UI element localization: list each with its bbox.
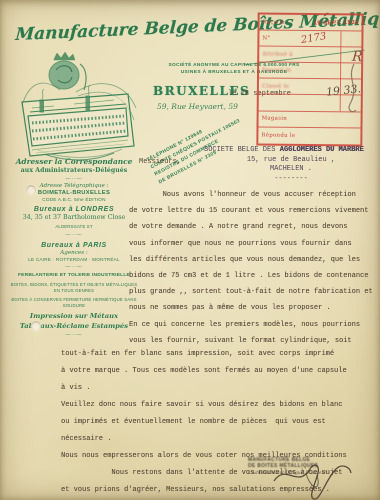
typed-line: à votre marque . Tous ces modèles sont f… — [61, 363, 380, 380]
typed-line: de votre demande . A notre grand regret,… — [129, 219, 380, 235]
signature-flourish — [270, 459, 355, 500]
sidebar-divider: —··— — [10, 232, 138, 238]
sidebar-divider: —··— — [10, 332, 138, 338]
salutation: Messieurs, — [139, 158, 181, 166]
stamp-row: Reçu le19 SEPT. 1933 — [260, 14, 362, 31]
sidebar-item: Impression sur Métaux — [10, 312, 138, 320]
typed-line: plus grande ,, sortent tout-à-fait de no… — [129, 284, 380, 300]
typed-line: tout-à-fait en fer blanc sans impression… — [61, 346, 380, 363]
stamp-row-label: Magasin — [262, 116, 288, 122]
typed-line: nécessaire . — [61, 431, 380, 448]
sidebar-item: LE CAIRE · ROTTERDAM · MONTRÉAL — [10, 257, 138, 262]
sidebar-item: BOITES, BIDONS, ÉTIQUETTES ET OBJETS MÉT… — [10, 282, 138, 294]
stamp-row-label: Répondu le — [261, 132, 295, 138]
letter-scan: { "paper": { "background_hex": "#e8deb6"… — [0, 0, 380, 500]
signature-block: MANUFACTURE BELGE DE BOITES MÉTALLIQUES … — [248, 457, 378, 475]
stamp-row: Répondu le — [258, 127, 360, 144]
stamp-row-label: Envoyé le — [262, 67, 291, 73]
recipient-city: MACHELEN . — [204, 165, 378, 175]
sidebar-item: 34, 35 et 37 Bartholomew Close — [10, 214, 138, 221]
recipient-name: SOCIETE BELGE DES AGGLOMERES DU MARBRE — [204, 146, 378, 156]
typed-line: vous informer que nous ne pourrions vous… — [129, 236, 380, 252]
handwritten-flourish — [338, 60, 368, 120]
sidebar-item: Tableaux-Réclame Estampés — [10, 322, 138, 330]
hole-punch — [31, 321, 41, 331]
typed-line: les différents articles que vous nous de… — [129, 252, 380, 268]
sidebar-divider: —··— — [10, 176, 138, 182]
sidebar-item: Bureaux à PARIS — [10, 242, 138, 249]
stamp-row-label: Attribué à — [262, 51, 293, 57]
typed-line: Veuillez donc nous faire savoir si vous … — [61, 397, 380, 414]
company-address: 59, Rue Heyvaert, 59 — [157, 102, 238, 111]
typed-line: Nous avons l'honneur de vous accuser réc… — [129, 187, 380, 203]
typed-line: à vis . — [61, 380, 380, 397]
typed-line: de votre lettre du 15 courant et vous re… — [129, 203, 380, 219]
typed-line: ou imprimés et éventuellement le nombre … — [61, 414, 380, 431]
hole-punch — [26, 185, 36, 195]
recipient-underline: -------- — [204, 175, 378, 185]
sidebar-item: FERBLANTERIE ET TOLERIE INDUSTRIELLE — [10, 273, 138, 280]
typed-line: nous ne sommes pas à même de vous les pr… — [129, 300, 380, 316]
stamp-row-value: 19 SEPT. 1933 — [313, 19, 358, 26]
stamp-row-label: Reçu le — [263, 19, 286, 25]
sidebar-item: Adresser la Correspondance — [10, 157, 138, 166]
stamp-row-label: N° — [262, 35, 270, 41]
factory-vignette-illustration — [14, 50, 144, 168]
sidebar-item: Bureaux à LONDRES — [10, 206, 138, 213]
sidebar-item: ALDERSGATE ST — [10, 224, 138, 230]
sidebar-item: aux Administrateurs-Délégués — [10, 167, 138, 174]
letter-body-upper: Nous avons l'honneur de vous accuser réc… — [129, 187, 380, 349]
sidebar-divider: —··— — [10, 264, 138, 270]
stamp-row-label: Classé le — [262, 83, 289, 89]
recipient-address-block: SOCIETE BELGE DES AGGLOMERES DU MARBRE 1… — [204, 146, 378, 184]
sidebar-item: CODE A.B.C. 5me ÉDITION — [10, 197, 138, 202]
typed-line: En ce qui concerne les premiers modèles,… — [129, 317, 380, 333]
sidebar-item: BOITES À CONSERVES FERMETURE HERMÉTIQUE … — [10, 297, 138, 309]
sidebar-item: Agences : — [10, 250, 138, 256]
typed-line: bidons de 75 cm3 et de 1 litre . Les bid… — [129, 268, 380, 284]
recipient-street: 15, rue de Beaulieu , — [204, 156, 378, 166]
